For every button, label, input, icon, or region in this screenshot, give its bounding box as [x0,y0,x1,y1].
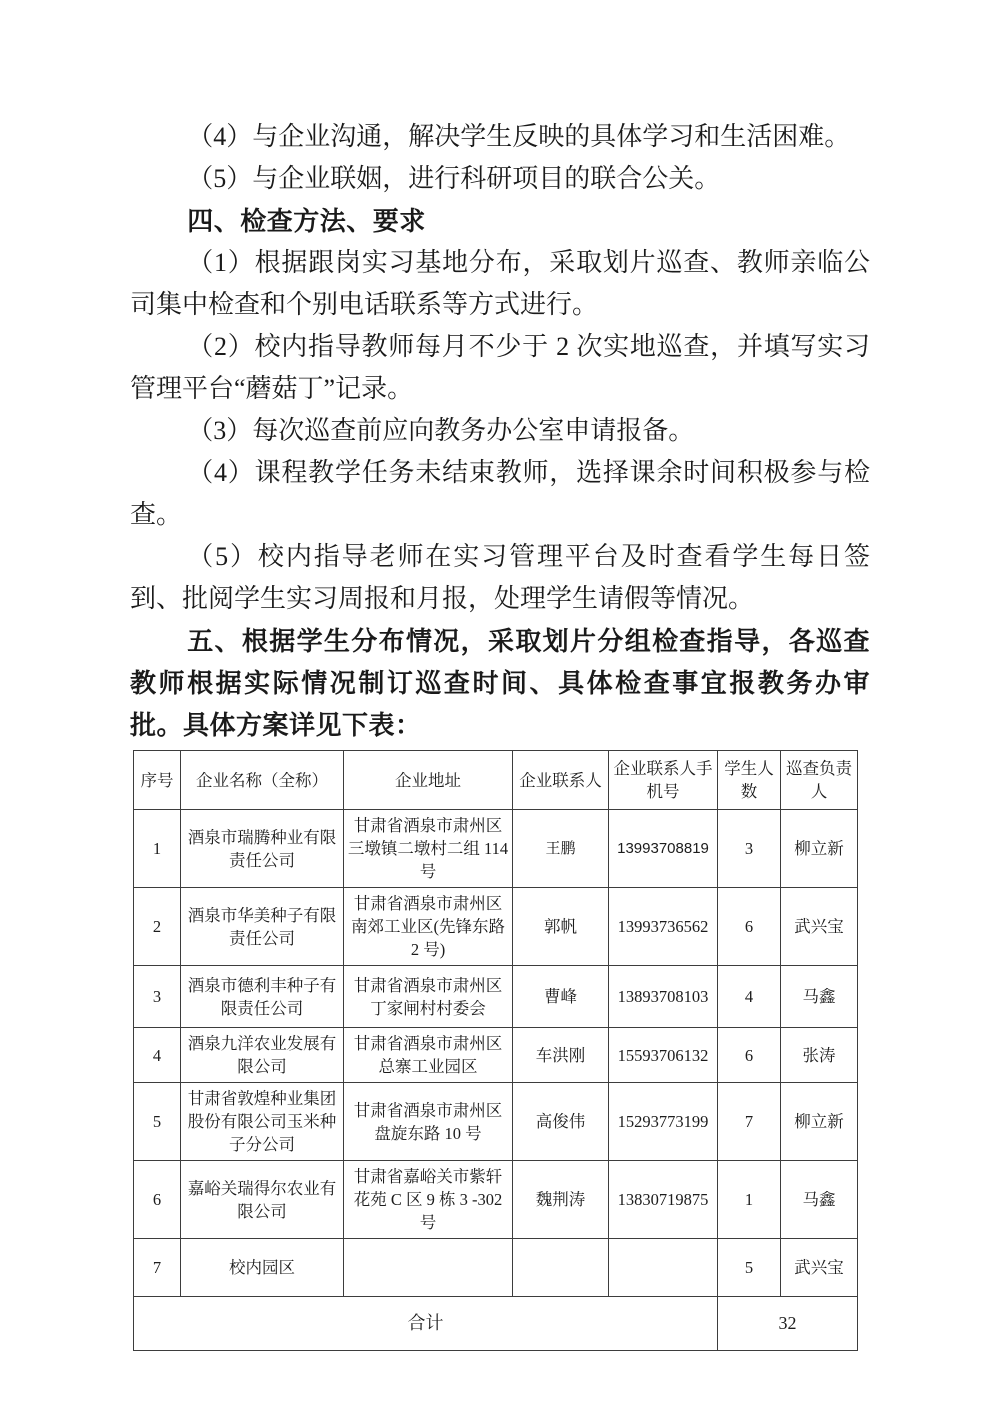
table-cell: 3 [718,810,781,888]
total-value-cell: 32 [718,1297,858,1351]
table-cell [344,1239,513,1297]
table-cell: 甘肃省酒泉市肃州区盘旋东路 10 号 [344,1083,513,1161]
table-header-row: 序号企业名称（全称）企业地址企业联系人企业联系人手机号学生人数巡查负责人 [134,751,858,810]
table-row: 1酒泉市瑞腾种业有限责任公司甘肃省酒泉市肃州区三墩镇二墩村二组 114 号王鹏1… [134,810,858,888]
table-cell: 武兴宝 [781,888,858,966]
table-cell: 13893708103 [609,966,718,1028]
inspection-schedule-table: 序号企业名称（全称）企业地址企业联系人企业联系人手机号学生人数巡查负责人 1酒泉… [133,750,858,1351]
table-row: 5甘肃省敦煌种业集团股份有限公司玉米种子分公司甘肃省酒泉市肃州区盘旋东路 10 … [134,1083,858,1161]
table-cell: 1 [134,810,181,888]
table-cell: 酒泉九洋农业发展有限公司 [181,1028,344,1083]
column-header: 企业联系人 [513,751,609,810]
table-cell: 柳立新 [781,810,858,888]
table-cell: 13993736562 [609,888,718,966]
table-cell: 4 [718,966,781,1028]
table-cell: 15293773199 [609,1083,718,1161]
document-page: （4）与企业沟通，解决学生反映的具体学习和生活困难。（5）与企业联姻，进行科研项… [0,0,1000,1414]
table-cell: 酒泉市华美种子有限责任公司 [181,888,344,966]
table-cell: 6 [718,1028,781,1083]
table-cell: 15593706132 [609,1028,718,1083]
table-cell: 甘肃省酒泉市肃州区丁家闸村村委会 [344,966,513,1028]
table-cell [609,1239,718,1297]
table-row: 3酒泉市德利丰种子有限责任公司甘肃省酒泉市肃州区丁家闸村村委会曹峰1389370… [134,966,858,1028]
table-cell: 3 [134,966,181,1028]
table-cell: 王鹏 [513,810,609,888]
table-cell: 5 [134,1083,181,1161]
document-body: （4）与企业沟通，解决学生反映的具体学习和生活困难。（5）与企业联姻，进行科研项… [130,116,870,1351]
table-cell: 曹峰 [513,966,609,1028]
paragraph: （5）与企业联姻，进行科研项目的联合公关。 [130,158,870,200]
table-cell: 4 [134,1028,181,1083]
table-cell: 柳立新 [781,1083,858,1161]
table-row: 2酒泉市华美种子有限责任公司甘肃省酒泉市肃州区南郊工业区(先锋东路 2 号)郭帆… [134,888,858,966]
column-header: 学生人数 [718,751,781,810]
table-row: 6嘉峪关瑞得尔农业有限公司甘肃省嘉峪关市紫轩花苑 C 区 9 栋 3 -302 … [134,1161,858,1239]
table-total-row: 合计 32 [134,1297,858,1351]
table-cell: 6 [134,1161,181,1239]
table-cell [513,1239,609,1297]
total-label-cell: 合计 [134,1297,718,1351]
column-header: 企业地址 [344,751,513,810]
table-cell: 甘肃省酒泉市肃州区南郊工业区(先锋东路 2 号) [344,888,513,966]
column-header: 企业名称（全称） [181,751,344,810]
paragraph: （4）课程教学任务未结束教师，选择课余时间积极参与检查。 [130,452,870,536]
table-cell: 2 [134,888,181,966]
table-cell: 车洪刚 [513,1028,609,1083]
table-cell: 郭帆 [513,888,609,966]
paragraph: （5）校内指导老师在实习管理平台及时查看学生每日签到、批阅学生实习周报和月报，处… [130,536,870,620]
table-cell: 酒泉市瑞腾种业有限责任公司 [181,810,344,888]
column-header: 序号 [134,751,181,810]
table-cell: 甘肃省酒泉市肃州区三墩镇二墩村二组 114 号 [344,810,513,888]
table-cell: 甘肃省敦煌种业集团股份有限公司玉米种子分公司 [181,1083,344,1161]
table-cell: 13993708819 [609,810,718,888]
table-cell: 7 [134,1239,181,1297]
table-cell: 6 [718,888,781,966]
table-cell: 甘肃省酒泉市肃州区总寨工业园区 [344,1028,513,1083]
table-cell: 张涛 [781,1028,858,1083]
paragraph: （4）与企业沟通，解决学生反映的具体学习和生活困难。 [130,116,870,158]
paragraph-list: （4）与企业沟通，解决学生反映的具体学习和生活困难。（5）与企业联姻，进行科研项… [130,116,870,746]
table-cell: 1 [718,1161,781,1239]
table-row: 4酒泉九洋农业发展有限公司甘肃省酒泉市肃州区总寨工业园区车洪刚155937061… [134,1028,858,1083]
section-heading: 五、根据学生分布情况，采取划片分组检查指导，各巡查教师根据实际情况制订巡查时间、… [130,620,870,746]
paragraph: （2）校内指导教师每月不少于 2 次实地巡查，并填写实习管理平台“蘑菇丁”记录。 [130,326,870,410]
table-row: 7校内园区5武兴宝 [134,1239,858,1297]
column-header: 企业联系人手机号 [609,751,718,810]
table-cell: 魏荆涛 [513,1161,609,1239]
table-cell: 马鑫 [781,1161,858,1239]
table-cell: 马鑫 [781,966,858,1028]
table-cell: 武兴宝 [781,1239,858,1297]
section-heading: 四、检查方法、要求 [130,200,870,242]
table-cell: 甘肃省嘉峪关市紫轩花苑 C 区 9 栋 3 -302 号 [344,1161,513,1239]
table-cell: 酒泉市德利丰种子有限责任公司 [181,966,344,1028]
table-cell: 高俊伟 [513,1083,609,1161]
table-cell: 13830719875 [609,1161,718,1239]
table-cell: 5 [718,1239,781,1297]
table-cell: 7 [718,1083,781,1161]
paragraph: （3）每次巡查前应向教务办公室申请报备。 [130,410,870,452]
column-header: 巡查负责人 [781,751,858,810]
paragraph: （1）根据跟岗实习基地分布，采取划片巡查、教师亲临公司集中检查和个别电话联系等方… [130,242,870,326]
table-cell: 嘉峪关瑞得尔农业有限公司 [181,1161,344,1239]
table-cell: 校内园区 [181,1239,344,1297]
